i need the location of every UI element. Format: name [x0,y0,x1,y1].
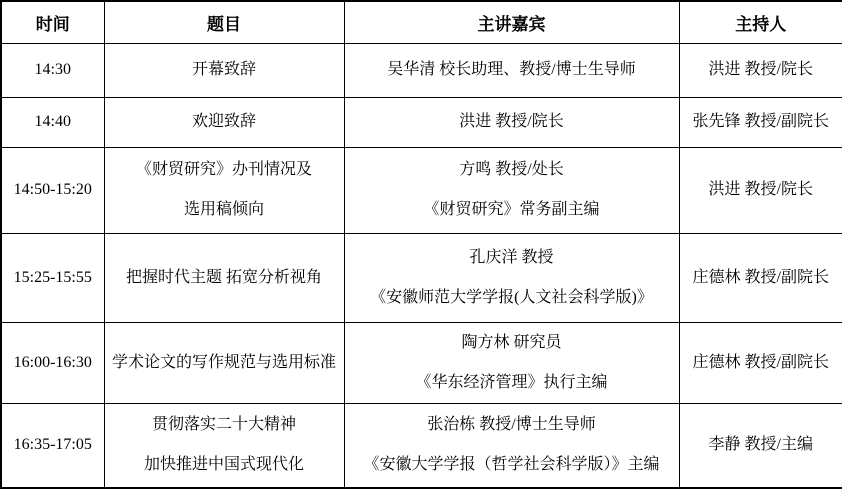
column-header-topic: 题目 [104,1,344,43]
time-value: 16:35-17:05 [2,425,104,465]
speaker-line: 《财贸研究》常务副主编 [345,190,679,230]
topic-line: 加快推进中国式现代化 [105,445,344,485]
speaker-cell: 洪进 教授/院长 [344,97,679,147]
header-row: 时间 题目 主讲嘉宾 主持人 [1,1,842,43]
time-value: 15:25-15:55 [2,258,104,298]
host-value: 庄德林 教授/副院长 [680,258,842,298]
speaker-line: 陶方林 研究员 [345,323,679,363]
speaker-line: 《安徽大学学报（哲学社会科学版）》主编 [345,445,679,485]
speaker-line: 洪进 教授/院长 [345,102,679,142]
speaker-cell: 陶方林 研究员 《华东经济管理》执行主编 [344,322,679,403]
time-cell: 15:25-15:55 [1,233,104,322]
host-value: 洪进 教授/院长 [680,170,842,210]
time-value: 14:30 [2,50,104,90]
table-row: 16:35-17:05 贯彻落实二十大精神 加快推进中国式现代化 张治栋 教授/… [1,403,842,488]
table-row: 14:50-15:20 《财贸研究》办刊情况及 选用稿倾向 方鸣 教授/处长 《… [1,147,842,233]
time-value: 14:50-15:20 [2,170,104,210]
time-value: 16:00-16:30 [2,343,104,383]
topic-cell: 把握时代主题 拓宽分析视角 [104,233,344,322]
topic-cell: 开幕致辞 [104,43,344,97]
column-header-host: 主持人 [679,1,842,43]
host-cell: 洪进 教授/院长 [679,43,842,97]
column-header-time: 时间 [1,1,104,43]
topic-cell: 《财贸研究》办刊情况及 选用稿倾向 [104,147,344,233]
table-row: 15:25-15:55 把握时代主题 拓宽分析视角 孔庆洋 教授 《安徽师范大学… [1,233,842,322]
host-cell: 张先锋 教授/副院长 [679,97,842,147]
speaker-cell: 方鸣 教授/处长 《财贸研究》常务副主编 [344,147,679,233]
speaker-line: 孔庆洋 教授 [345,238,679,278]
schedule-table: 时间 题目 主讲嘉宾 主持人 14:30 开幕致辞 吴华清 校长助理、教授/博士… [0,0,842,489]
column-header-speaker: 主讲嘉宾 [344,1,679,43]
time-cell: 16:00-16:30 [1,322,104,403]
host-value: 李静 教授/主编 [680,425,842,465]
speaker-line: 《华东经济管理》执行主编 [345,363,679,403]
topic-line: 《财贸研究》办刊情况及 [105,150,344,190]
host-cell: 庄德林 教授/副院长 [679,233,842,322]
topic-cell: 学术论文的写作规范与选用标准 [104,322,344,403]
host-value: 洪进 教授/院长 [680,50,842,90]
speaker-cell: 张治栋 教授/博士生导师 《安徽大学学报（哲学社会科学版）》主编 [344,403,679,488]
speaker-line: 《安徽师范大学学报(人文社会科学版)》 [345,278,679,318]
table-row: 16:00-16:30 学术论文的写作规范与选用标准 陶方林 研究员 《华东经济… [1,322,842,403]
table-row: 14:40 欢迎致辞 洪进 教授/院长 张先锋 教授/副院长 [1,97,842,147]
host-cell: 洪进 教授/院长 [679,147,842,233]
host-cell: 庄德林 教授/副院长 [679,322,842,403]
host-value: 庄德林 教授/副院长 [680,343,842,383]
topic-cell: 贯彻落实二十大精神 加快推进中国式现代化 [104,403,344,488]
host-value: 张先锋 教授/副院长 [680,102,842,142]
topic-line: 欢迎致辞 [105,102,344,142]
speaker-line: 吴华清 校长助理、教授/博士生导师 [345,50,679,90]
time-value: 14:40 [2,102,104,142]
time-cell: 14:30 [1,43,104,97]
topic-line: 贯彻落实二十大精神 [105,405,344,445]
table-row: 14:30 开幕致辞 吴华清 校长助理、教授/博士生导师 洪进 教授/院长 [1,43,842,97]
speaker-cell: 孔庆洋 教授 《安徽师范大学学报(人文社会科学版)》 [344,233,679,322]
speaker-line: 张治栋 教授/博士生导师 [345,405,679,445]
topic-line: 学术论文的写作规范与选用标准 [105,343,344,383]
time-cell: 14:40 [1,97,104,147]
topic-line: 选用稿倾向 [105,190,344,230]
speaker-cell: 吴华清 校长助理、教授/博士生导师 [344,43,679,97]
topic-line: 把握时代主题 拓宽分析视角 [105,258,344,298]
topic-line: 开幕致辞 [105,50,344,90]
host-cell: 李静 教授/主编 [679,403,842,488]
speaker-line: 方鸣 教授/处长 [345,150,679,190]
document-page: 时间 题目 主讲嘉宾 主持人 14:30 开幕致辞 吴华清 校长助理、教授/博士… [0,0,842,489]
topic-cell: 欢迎致辞 [104,97,344,147]
time-cell: 14:50-15:20 [1,147,104,233]
time-cell: 16:35-17:05 [1,403,104,488]
